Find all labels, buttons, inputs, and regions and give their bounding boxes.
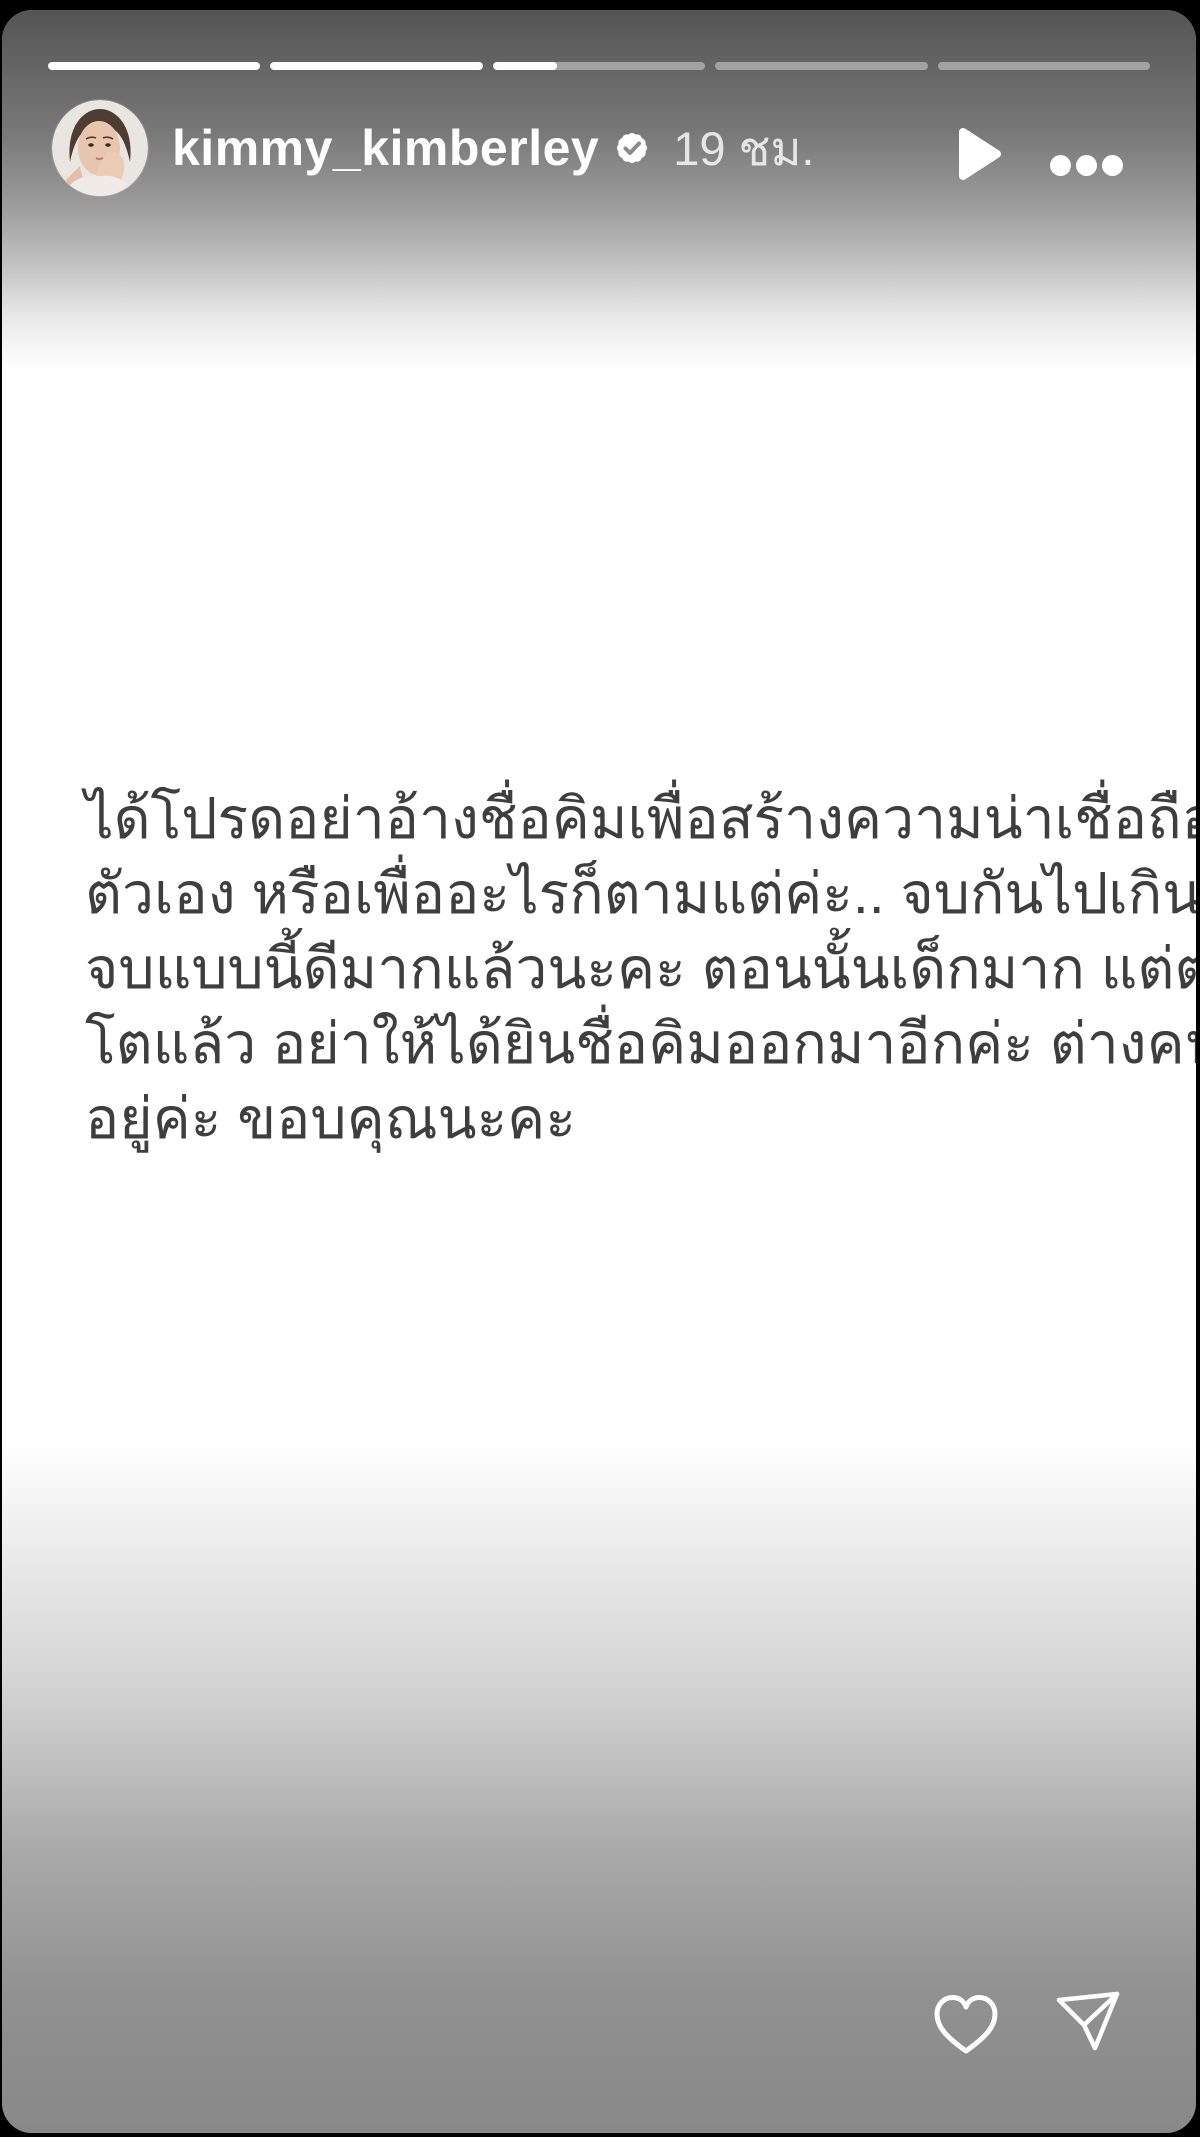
story-header: kimmy_kimberley 19 ชม. bbox=[172, 100, 814, 196]
caption-line: ได้โปรดอย่าอ้างชื่อคิมเพื่อสร้างความน่าเ… bbox=[85, 782, 1135, 857]
story-caption: ได้โปรดอย่าอ้างชื่อคิมเพื่อสร้างความน่าเ… bbox=[85, 782, 1135, 1157]
caption-line: จบแบบนี้ดีมากแล้วนะคะ ตอนนั้นเด็กมาก แต่… bbox=[85, 932, 1135, 1007]
three-dots-icon bbox=[1102, 155, 1123, 176]
progress-segment bbox=[938, 62, 1150, 70]
play-button[interactable] bbox=[956, 126, 1004, 182]
caption-line: โตแล้ว อย่าให้ได้ยินชื่อคิมออกมาอีกค่ะ ต… bbox=[85, 1007, 1135, 1082]
username[interactable]: kimmy_kimberley bbox=[172, 119, 599, 177]
progress-segment-fill bbox=[48, 62, 260, 70]
progress-segment bbox=[715, 62, 927, 70]
play-icon bbox=[956, 126, 1004, 182]
progress-segment bbox=[493, 62, 705, 70]
avatar-portrait-illustration bbox=[52, 100, 148, 196]
avatar[interactable] bbox=[52, 100, 148, 196]
paper-plane-icon bbox=[1053, 1988, 1125, 2056]
progress-segment-fill bbox=[493, 62, 557, 70]
progress-segment-fill bbox=[270, 62, 482, 70]
story-viewer-screen: kimmy_kimberley 19 ชม. bbox=[0, 0, 1200, 2137]
story-card[interactable]: kimmy_kimberley 19 ชม. bbox=[2, 10, 1196, 2133]
more-options-button[interactable] bbox=[1050, 148, 1130, 182]
bottom-gradient-overlay bbox=[2, 1440, 1196, 2133]
caption-line: อยู่ค่ะ ขอบคุณนะคะ bbox=[85, 1082, 1135, 1157]
story-progress-bar bbox=[48, 62, 1150, 70]
progress-segment bbox=[270, 62, 482, 70]
heart-outline-icon bbox=[929, 1992, 1003, 2060]
share-button[interactable] bbox=[1053, 1988, 1125, 2056]
three-dots-icon bbox=[1050, 155, 1071, 176]
verified-badge-icon bbox=[612, 128, 652, 168]
progress-segment bbox=[48, 62, 260, 70]
caption-line: ตัวเอง หรือเพื่ออะไรก็ตามแต่ค่ะ.. จบกันไ… bbox=[85, 857, 1135, 932]
story-timestamp: 19 ชม. bbox=[673, 111, 814, 186]
three-dots-icon bbox=[1076, 155, 1097, 176]
like-button[interactable] bbox=[929, 1992, 1003, 2060]
